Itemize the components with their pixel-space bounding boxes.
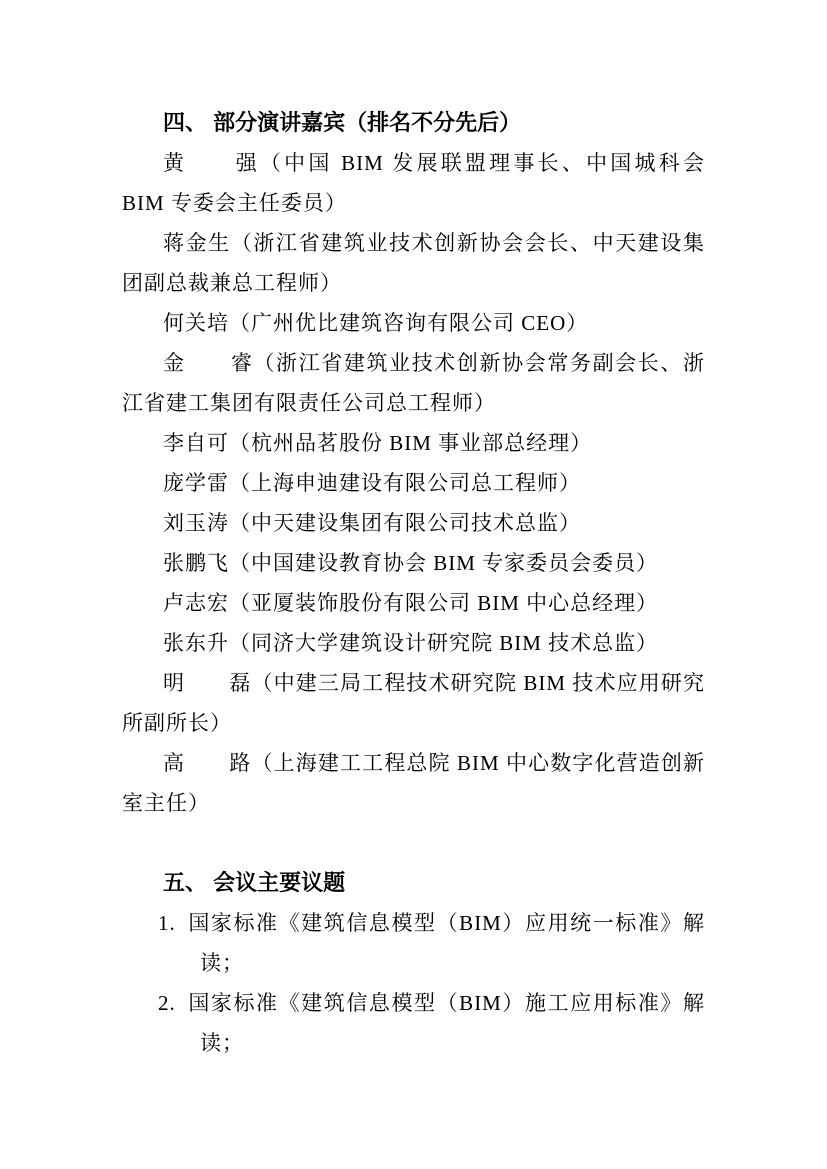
speaker-entry: 刘玉涛（中天建设集团有限公司技术总监）: [122, 503, 705, 543]
speaker-entry: 张鹏飞（中国建设教育协会 BIM 专家委员会委员）: [122, 543, 705, 583]
speaker-entry: 黄 强（中国 BIM 发展联盟理事长、中国城科会 BIM 专委会主任委员）: [122, 143, 705, 223]
speaker-entry: 明 磊（中建三局工程技术研究院 BIM 技术应用研究所副所长）: [122, 663, 705, 743]
speaker-entry: 蒋金生（浙江省建筑业技术创新协会会长、中天建设集团副总裁兼总工程师）: [122, 223, 705, 303]
speaker-entry: 何关培（广州优比建筑咨询有限公司 CEO）: [122, 303, 705, 343]
section-4-heading: 四、 部分演讲嘉宾（排名不分先后）: [163, 103, 705, 143]
speaker-entry: 卢志宏（亚厦装饰股份有限公司 BIM 中心总经理）: [122, 583, 705, 623]
speaker-entry: 张东升（同济大学建筑设计研究院 BIM 技术总监）: [122, 623, 705, 663]
speakers-list: 黄 强（中国 BIM 发展联盟理事长、中国城科会 BIM 专委会主任委员） 蒋金…: [122, 143, 705, 823]
speaker-entry: 庞学雷（上海申迪建设有限公司总工程师）: [122, 463, 705, 503]
topic-number: 1.: [158, 911, 176, 935]
document-content: 四、 部分演讲嘉宾（排名不分先后） 黄 强（中国 BIM 发展联盟理事长、中国城…: [122, 103, 705, 1063]
topic-text: 国家标准《建筑信息模型（BIM）应用统一标准》解读；: [188, 911, 705, 975]
document-page: 四、 部分演讲嘉宾（排名不分先后） 黄 强（中国 BIM 发展联盟理事长、中国城…: [0, 0, 827, 1169]
speaker-entry: 金 睿（浙江省建筑业技术创新协会常务副会长、浙江省建工集团有限责任公司总工程师）: [122, 343, 705, 423]
topics-list: 1.国家标准《建筑信息模型（BIM）应用统一标准》解读； 2.国家标准《建筑信息…: [122, 903, 705, 1063]
topic-text: 国家标准《建筑信息模型（BIM）施工应用标准》解读；: [188, 991, 705, 1055]
section-spacer: [122, 823, 705, 863]
section-5-heading: 五、 会议主要议题: [163, 863, 705, 903]
speaker-entry: 高 路（上海建工工程总院 BIM 中心数字化营造创新室主任）: [122, 743, 705, 823]
topic-item: 1.国家标准《建筑信息模型（BIM）应用统一标准》解读；: [122, 903, 705, 983]
topic-number: 2.: [158, 991, 176, 1015]
topic-item: 2.国家标准《建筑信息模型（BIM）施工应用标准》解读；: [122, 983, 705, 1063]
speaker-entry: 李自可（杭州品茗股份 BIM 事业部总经理）: [122, 423, 705, 463]
